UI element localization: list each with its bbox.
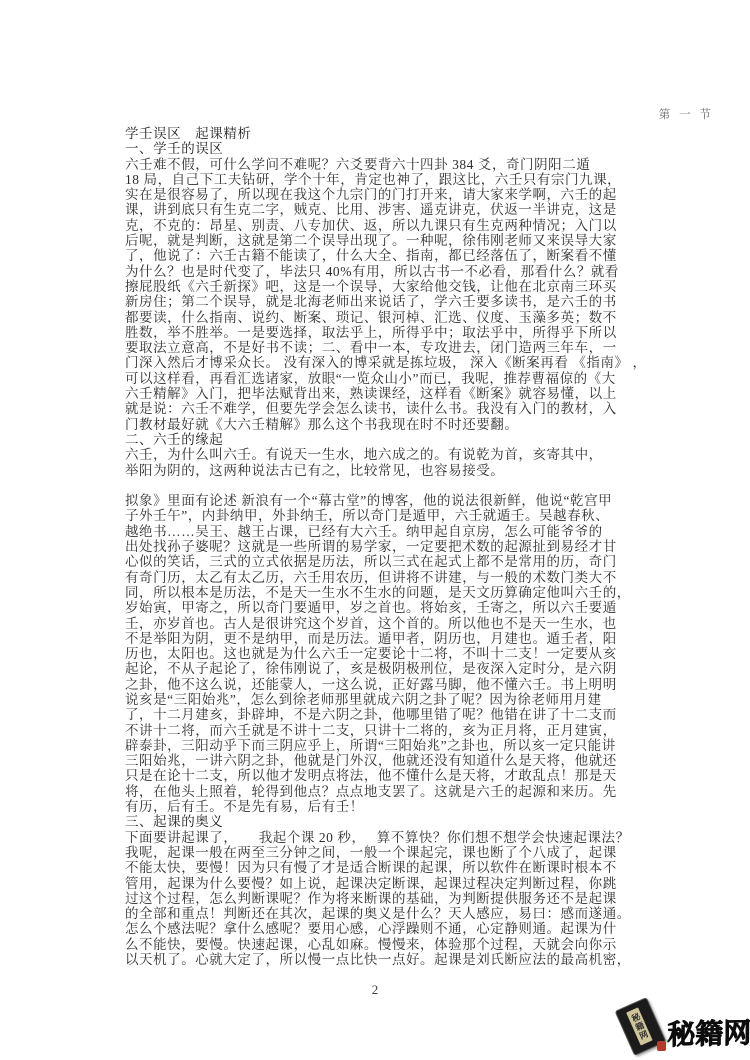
text-line: 起论，不从子起论了，徐伟刚说了，亥是极阴极刑位，是夜深入定时分，是六阴 (125, 661, 640, 676)
text-line: 壬，亦岁首也。古人是很讲究这个岁首，这个首的。所以他也不是天一生水，也 (125, 616, 640, 631)
text-line: 越绝书……吴王、越王占课，已经有大六壬。纳甲起自京房，怎么可能爷爷的 (125, 524, 640, 539)
text-line: 过这个过程，怎么判断课呢？作为将来断课的基础，为判断提供服务还不是起课 (125, 891, 640, 906)
text-line: 同，所以根本是历法，不是天一生水不生水的问题，是天文历算确定他叫六壬的， (125, 585, 640, 600)
text-line: 实在是很容易了，所以现在我这个九宗门的门打开来，请大家来学啊，六壬的起 (125, 187, 640, 202)
text-line: 心似的笑话，三式的立式依据是历法，所以三式在起式上都不是常用的历，奇门 (125, 554, 640, 569)
document-page: 第 一 节 学壬误区 起课精析一、学壬的误区六壬难不假，可什么学问不难呢？六爻要… (0, 0, 750, 1060)
watermark: 秘籍网 秘籍网 (613, 996, 750, 1060)
text-line: 之卦，他不这么说，还能蒙人，一这么说，正好露马脚，他不懂六壬。书上明明 (125, 677, 640, 692)
text-line: 不是举阳为阴，更不是纳甲，而是历法。遁甲者，阴历也，月建也。遁壬者，阳 (125, 631, 640, 646)
text-line: 下面要讲起课了， 我起个课 20 秒， 算不算快？你们想不想学会快速起课法？ (125, 830, 640, 845)
text-line: 门教材最好就《大六壬精解》那么这个书我现在时不时还要翻。 (125, 417, 640, 432)
text-line: 不讲十二将，而六壬就是不讲十二支，只讲十二将的，亥为正月将，正月建寅， (125, 723, 640, 738)
text-line: 18 局，自己下工夫钻研，学个十年，肯定也神了，跟这比，六壬只有宗门九课， (125, 172, 640, 187)
text-line: 将，在他头上照着，轮得到他点？点点地支罢了。这就是六壬的起源和来历。先 (125, 784, 640, 799)
text-line: 克，不克的：昂星、别责、八专加伏、返，所以九课只有生克两种情况；入门以 (125, 218, 640, 233)
text-line: 门深入然后才博采众长。 没有深入的博采就是拣垃圾， 深入《断案再看 《指南》 ， (125, 355, 640, 370)
blank-line (125, 478, 640, 493)
text-line: 子外壬午”，内卦纳甲，外卦纳壬，所以奇门是遁甲，六壬就遁壬。吴越春秋、 (125, 508, 640, 523)
text-line: 课，讲到底只有生克二字，贼克、比用、涉害、遥克讲克，伏返一半讲克，这是 (125, 202, 640, 217)
text-line: 了，十二月建亥，卦辟坤，不是六阴之卦，他哪里错了呢？他错在讲了十二支而 (125, 707, 640, 722)
text-line: 我呢，起课一般在两至三分钟之间，一般一个课起完，课也断了个八成了，起课 (125, 845, 640, 860)
section-heading: 三、起课的奥义 (125, 814, 640, 829)
text-line: 以天机了。心就大定了，所以慢一点比快一点好。起课是刘氏断应法的最高机密， (125, 952, 640, 967)
text-line: 六壬难不假，可什么学问不难呢？六爻要背六十四卦 384 爻，奇门阴阳二遁 (125, 157, 640, 172)
text-line: 有历，后有壬。不是先有易，后有壬！ (125, 799, 640, 814)
text-line: 六壬精解》入门，把毕法赋背出来，熟读课经，这样看《断案》就容易懂，以上 (125, 386, 640, 401)
document-title: 学壬误区 起课精析 (125, 126, 640, 141)
text-line: 有奇门历，太乙有太乙历，六壬用农历，但讲将不讲建，与一般的术数门类大不 (125, 570, 640, 585)
text-line: 怎么个感法呢？拿什么感呢？要用心感，心浮躁则不通，心定静则通。起课为什 (125, 921, 640, 936)
text-line: 的全部和重点！判断还在其次，起课的奥义是什么？天人感应，易曰：感而遂通。 (125, 906, 640, 921)
text-line: 为什么？也是时代变了，毕法只 40%有用，所以古书一不必看，那看什么？就看 (125, 264, 640, 279)
document-body: 学壬误区 起课精析一、学壬的误区六壬难不假，可什么学问不难呢？六爻要背六十四卦 … (125, 126, 640, 967)
text-line: 要取法立意高，不是好书不读；二、看中一本，专攻进去，闭门造两三年车，一 (125, 340, 640, 355)
section-header-label: 第 一 节 (659, 106, 714, 122)
book-label: 秘籍网 (626, 1007, 653, 1045)
text-line: 出处找孙子婆呢？这就是一些所谓的易学家，一定要把术数的起源扯到易经才甘 (125, 539, 640, 554)
text-line: 历也，太阳也。这也就是为什么六壬一定要论十二将，不叫十二支！一定要从亥 (125, 646, 640, 661)
section-heading: 一、学壬的误区 (125, 141, 640, 156)
text-line: 就是说：六壬不难学，但要先学会怎么读书，读什么书。我没有入门的教材，入 (125, 401, 640, 416)
text-line: 管用，起课为什么要慢？如上说，起课决定断课，起课过程决定判断过程，你跳 (125, 876, 640, 891)
text-line: 后呢，就是判断，这就是第二个误导出现了。一种呢，徐伟刚老师又来误导大家 (125, 233, 640, 248)
text-line: 拟象》里面有论述 新浪有一个“幕古堂”的博客，他的说法很新鲜，他说“乾宫甲 (125, 493, 640, 508)
text-line: 么不能快，要慢。快速起课，心乱如麻。慢慢来，体验那个过程，天就会向你示 (125, 937, 640, 952)
text-line: 六壬，为什么叫六壬。有说天一生水，地六成之的。有说乾为首，亥寄其中， (125, 447, 640, 462)
text-line: 可以这样看，再看汇选诸家，放眼“一览众山小”而已，我呢，推荐曹福倞的《大 (125, 371, 640, 386)
section-heading: 二、六壬的缘起 (125, 432, 640, 447)
text-line: 擦屁股纸《六壬新探》吧，这是一个误导，大家给他交钱，让他在北京南三环买 (125, 279, 640, 294)
text-line: 胜数，举不胜举。一是要选择，取法乎上，所得乎中；取法乎中，所得乎下所以 (125, 325, 640, 340)
text-line: 举阳为阴的，这两种说法古已有之，比较常见，也容易接受。 (125, 463, 640, 478)
text-line: 辟泰卦，三阳动乎下而三阴应乎上，所谓“三阳始兆”之卦也，所以亥一定只能讲 (125, 738, 640, 753)
seal-icon (657, 1041, 666, 1051)
text-line: 都要读，什么指南、说约、断案、琐记、银河棹、汇选、仪度、玉藻多英；数不 (125, 310, 640, 325)
text-line: 岁始寅，甲寄之，所以奇门要遁甲，岁之首也。将始亥，壬寄之，所以六壬要遁 (125, 600, 640, 615)
watermark-site-name: 秘籍网 (667, 1011, 750, 1053)
text-line: 只是在论十二支，所以他才发明点将法，他不懂什么是天将，才敢乱点！那是天 (125, 768, 640, 783)
text-line: 说亥是“三阳始兆”，怎么到徐老师那里就成六阴之卦了呢？因为徐老师用月建 (125, 692, 640, 707)
text-line: 三阳始兆，一讲六阴之卦，他就是门外汉，他就还没有知道什么是天将，他就还 (125, 753, 640, 768)
text-line: 新房住；第二个误导，就是北海老师出来说话了，学六壬要多读书，是六壬的书 (125, 294, 640, 309)
text-line: 不能太快，要慢！因为只有慢了才是适合断课的起课，所以软件在断课时根本不 (125, 860, 640, 875)
text-line: 了，他说了：六壬古籍不能读了，什么大全、指南，都已经落伍了，断案看不懂 (125, 248, 640, 263)
